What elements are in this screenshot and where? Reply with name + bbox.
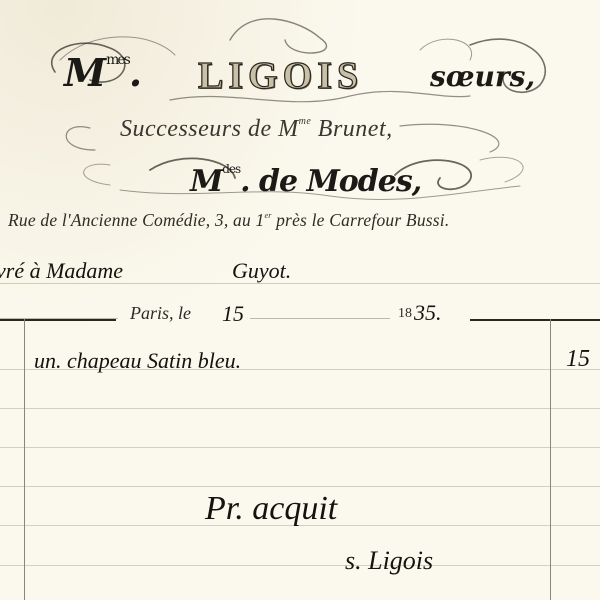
title-prefix: Mmes. <box>64 50 140 95</box>
table-top-rule-right <box>470 319 600 321</box>
ruled-line <box>0 486 600 487</box>
date-place-label: Paris, le <box>130 303 191 324</box>
address-main: Rue de l'Ancienne Comédie, 3, au 1 <box>8 210 264 230</box>
ruled-line <box>0 408 600 409</box>
recipient-name: Guyot. <box>232 258 291 284</box>
prefix-letter: M <box>64 50 104 95</box>
business-name: LIGOIS <box>198 54 363 98</box>
date-year-printed: 18 <box>398 306 412 322</box>
trade-text: . de Modes, <box>240 164 421 199</box>
amount-column-line <box>550 319 551 600</box>
successors-name: Brunet, <box>311 116 392 142</box>
receipt-acquit: Pr. acquit <box>205 490 337 528</box>
left-margin-line <box>24 319 25 600</box>
line-item-description: un. chapeau Satin bleu. <box>34 348 241 374</box>
prefix-dot: . <box>129 50 140 95</box>
trade-superscript: des <box>222 162 240 176</box>
date-rule-middle <box>250 318 390 319</box>
date-day: 15 <box>222 301 244 327</box>
trade-prefix: M <box>190 164 222 199</box>
line-item-amount: 15 <box>566 346 590 373</box>
receipt-signature: s. Ligois <box>345 546 433 576</box>
address-superscript: er <box>264 211 271 220</box>
date-year-handwritten: 35. <box>414 300 442 326</box>
table-top-rule-left <box>0 319 116 321</box>
trade-line: Mdes. de Modes, <box>190 162 421 199</box>
successors-text: Successeurs de M <box>120 116 299 142</box>
ruled-line <box>0 565 600 566</box>
address-rest: près le Carrefour Bussi. <box>272 210 450 230</box>
prefix-superscript: mes <box>106 52 129 68</box>
business-name-suffix: sœurs, <box>430 60 535 93</box>
ruled-line <box>0 447 600 448</box>
successors-superscript: me <box>299 116 312 127</box>
successors-line: Successeurs de Mme Brunet, <box>120 116 393 143</box>
recipient-label: vré à Madame <box>0 258 123 284</box>
address-line: Rue de l'Ancienne Comédie, 3, au 1er prè… <box>8 210 449 231</box>
